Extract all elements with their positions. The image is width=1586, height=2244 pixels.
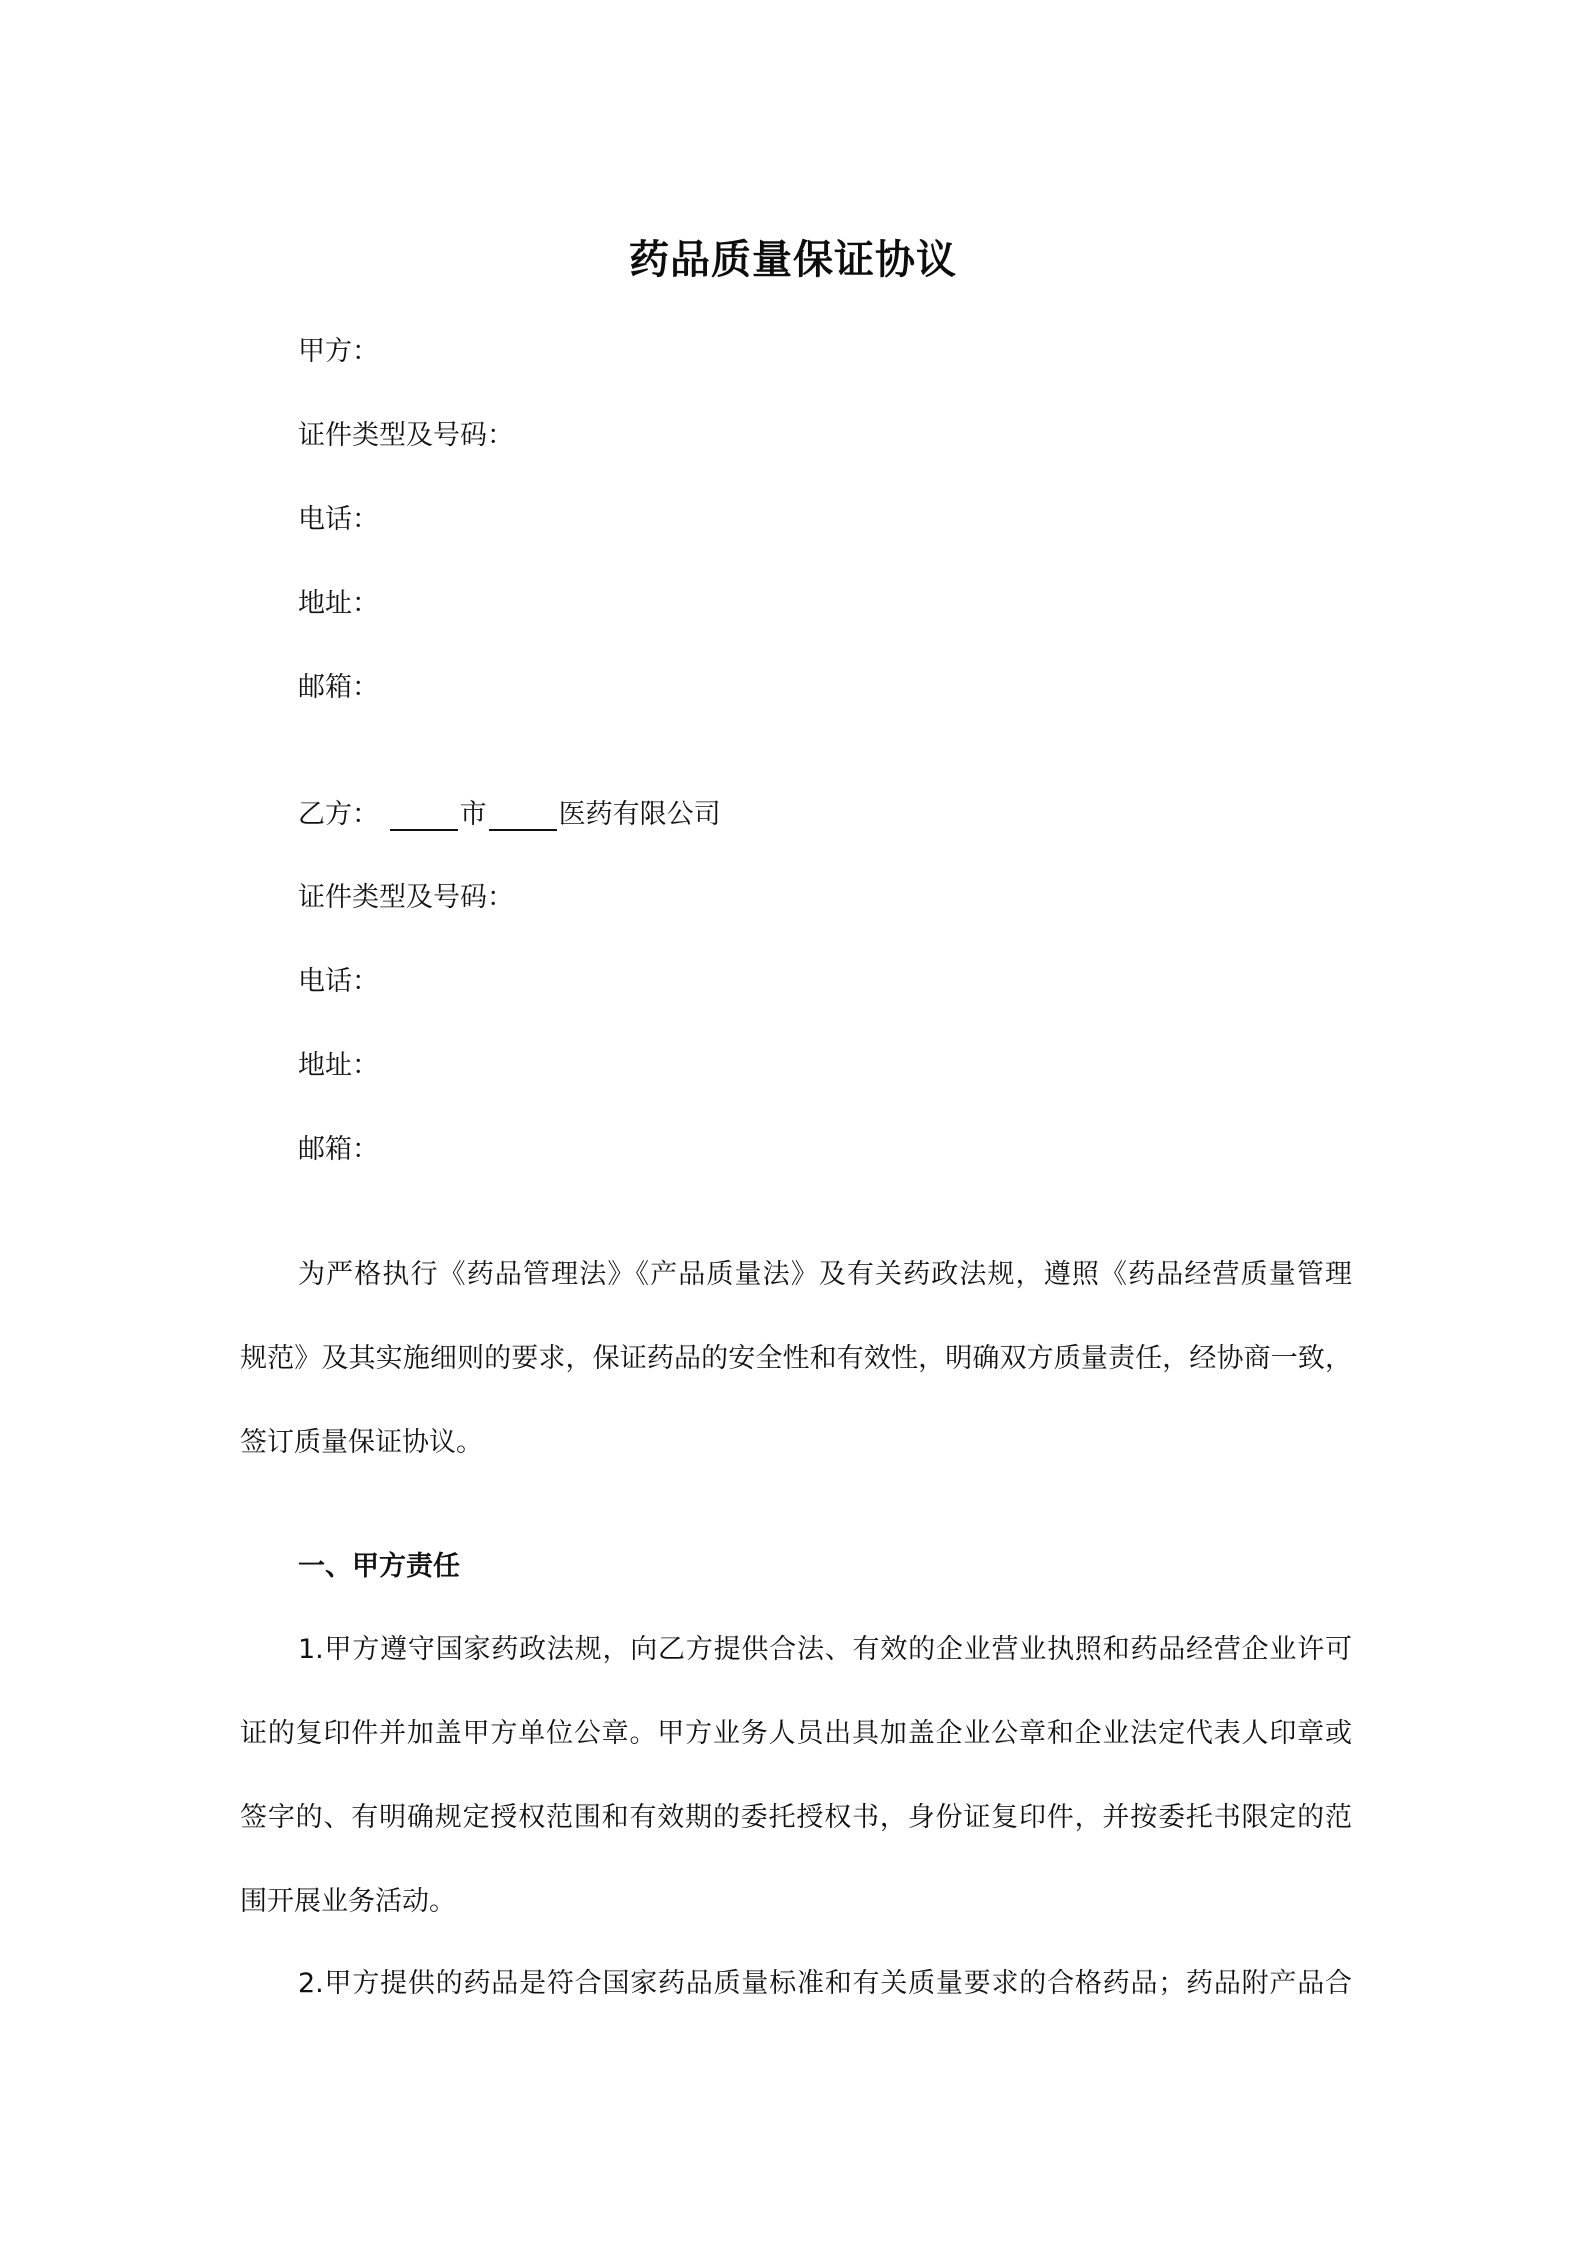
- preamble-line: 签订质量保证协议。: [240, 1401, 1352, 1485]
- preamble-paragraph: 为严格执行《药品管理法》《产品质量法》及有关药政法规，遵照《药品经营质量管理 规…: [240, 1233, 1352, 1485]
- clause-paragraph: 2.甲方提供的药品是符合国家药品质量标准和有关质量要求的合格药品；药品附产品合: [240, 1942, 1352, 2026]
- company-blank-underline: [489, 799, 557, 831]
- clause-line: 1.甲方遵守国家药政法规，向乙方提供合法、有效的企业营业执照和药品经营企业许可: [240, 1608, 1352, 1692]
- preamble-line: 规范》及其实施细则的要求，保证药品的安全性和有效性，明确双方质量责任，经协商一致…: [240, 1317, 1352, 1401]
- party-a-id-label: 证件类型及号码：: [298, 418, 514, 454]
- document-title: 药品质量保证协议: [0, 228, 1586, 285]
- party-b-email-label: 邮箱：: [298, 1132, 379, 1168]
- party-a-address-label: 地址：: [298, 586, 379, 622]
- city-suffix: 市: [460, 799, 487, 830]
- clause-paragraph: 1.甲方遵守国家药政法规，向乙方提供合法、有效的企业营业执照和药品经营企业许可 …: [240, 1608, 1352, 1944]
- clause-line: 证的复印件并加盖甲方单位公章。甲方业务人员出具加盖企业公章和企业法定代表人印章或: [240, 1692, 1352, 1776]
- party-b-name-label: 乙方：: [298, 799, 379, 830]
- company-suffix: 医药有限公司: [559, 799, 721, 830]
- preamble-line: 为严格执行《药品管理法》《产品质量法》及有关药政法规，遵照《药品经营质量管理: [240, 1233, 1352, 1317]
- party-b-address-label: 地址：: [298, 1048, 379, 1084]
- clause-line: 2.甲方提供的药品是符合国家药品质量标准和有关质量要求的合格药品；药品附产品合: [240, 1942, 1352, 2026]
- city-blank-underline: [390, 799, 458, 831]
- section-heading: 一、甲方责任: [298, 1549, 460, 1585]
- party-b-id-label: 证件类型及号码：: [298, 880, 514, 916]
- party-b-phone-label: 电话：: [298, 964, 379, 1000]
- party-a-name-label: 甲方：: [298, 334, 379, 370]
- party-a-phone-label: 电话：: [298, 502, 379, 538]
- document-page: 药品质量保证协议 甲方： 证件类型及号码： 电话： 地址： 邮箱： 乙方： 市医…: [0, 0, 1586, 2244]
- clause-line: 签字的、有明确规定授权范围和有效期的委托授权书，身份证复印件，并按委托书限定的范: [240, 1776, 1352, 1860]
- clause-line: 围开展业务活动。: [240, 1860, 1352, 1944]
- party-a-email-label: 邮箱：: [298, 670, 379, 706]
- party-b-name-line: 乙方： 市医药有限公司: [298, 797, 721, 833]
